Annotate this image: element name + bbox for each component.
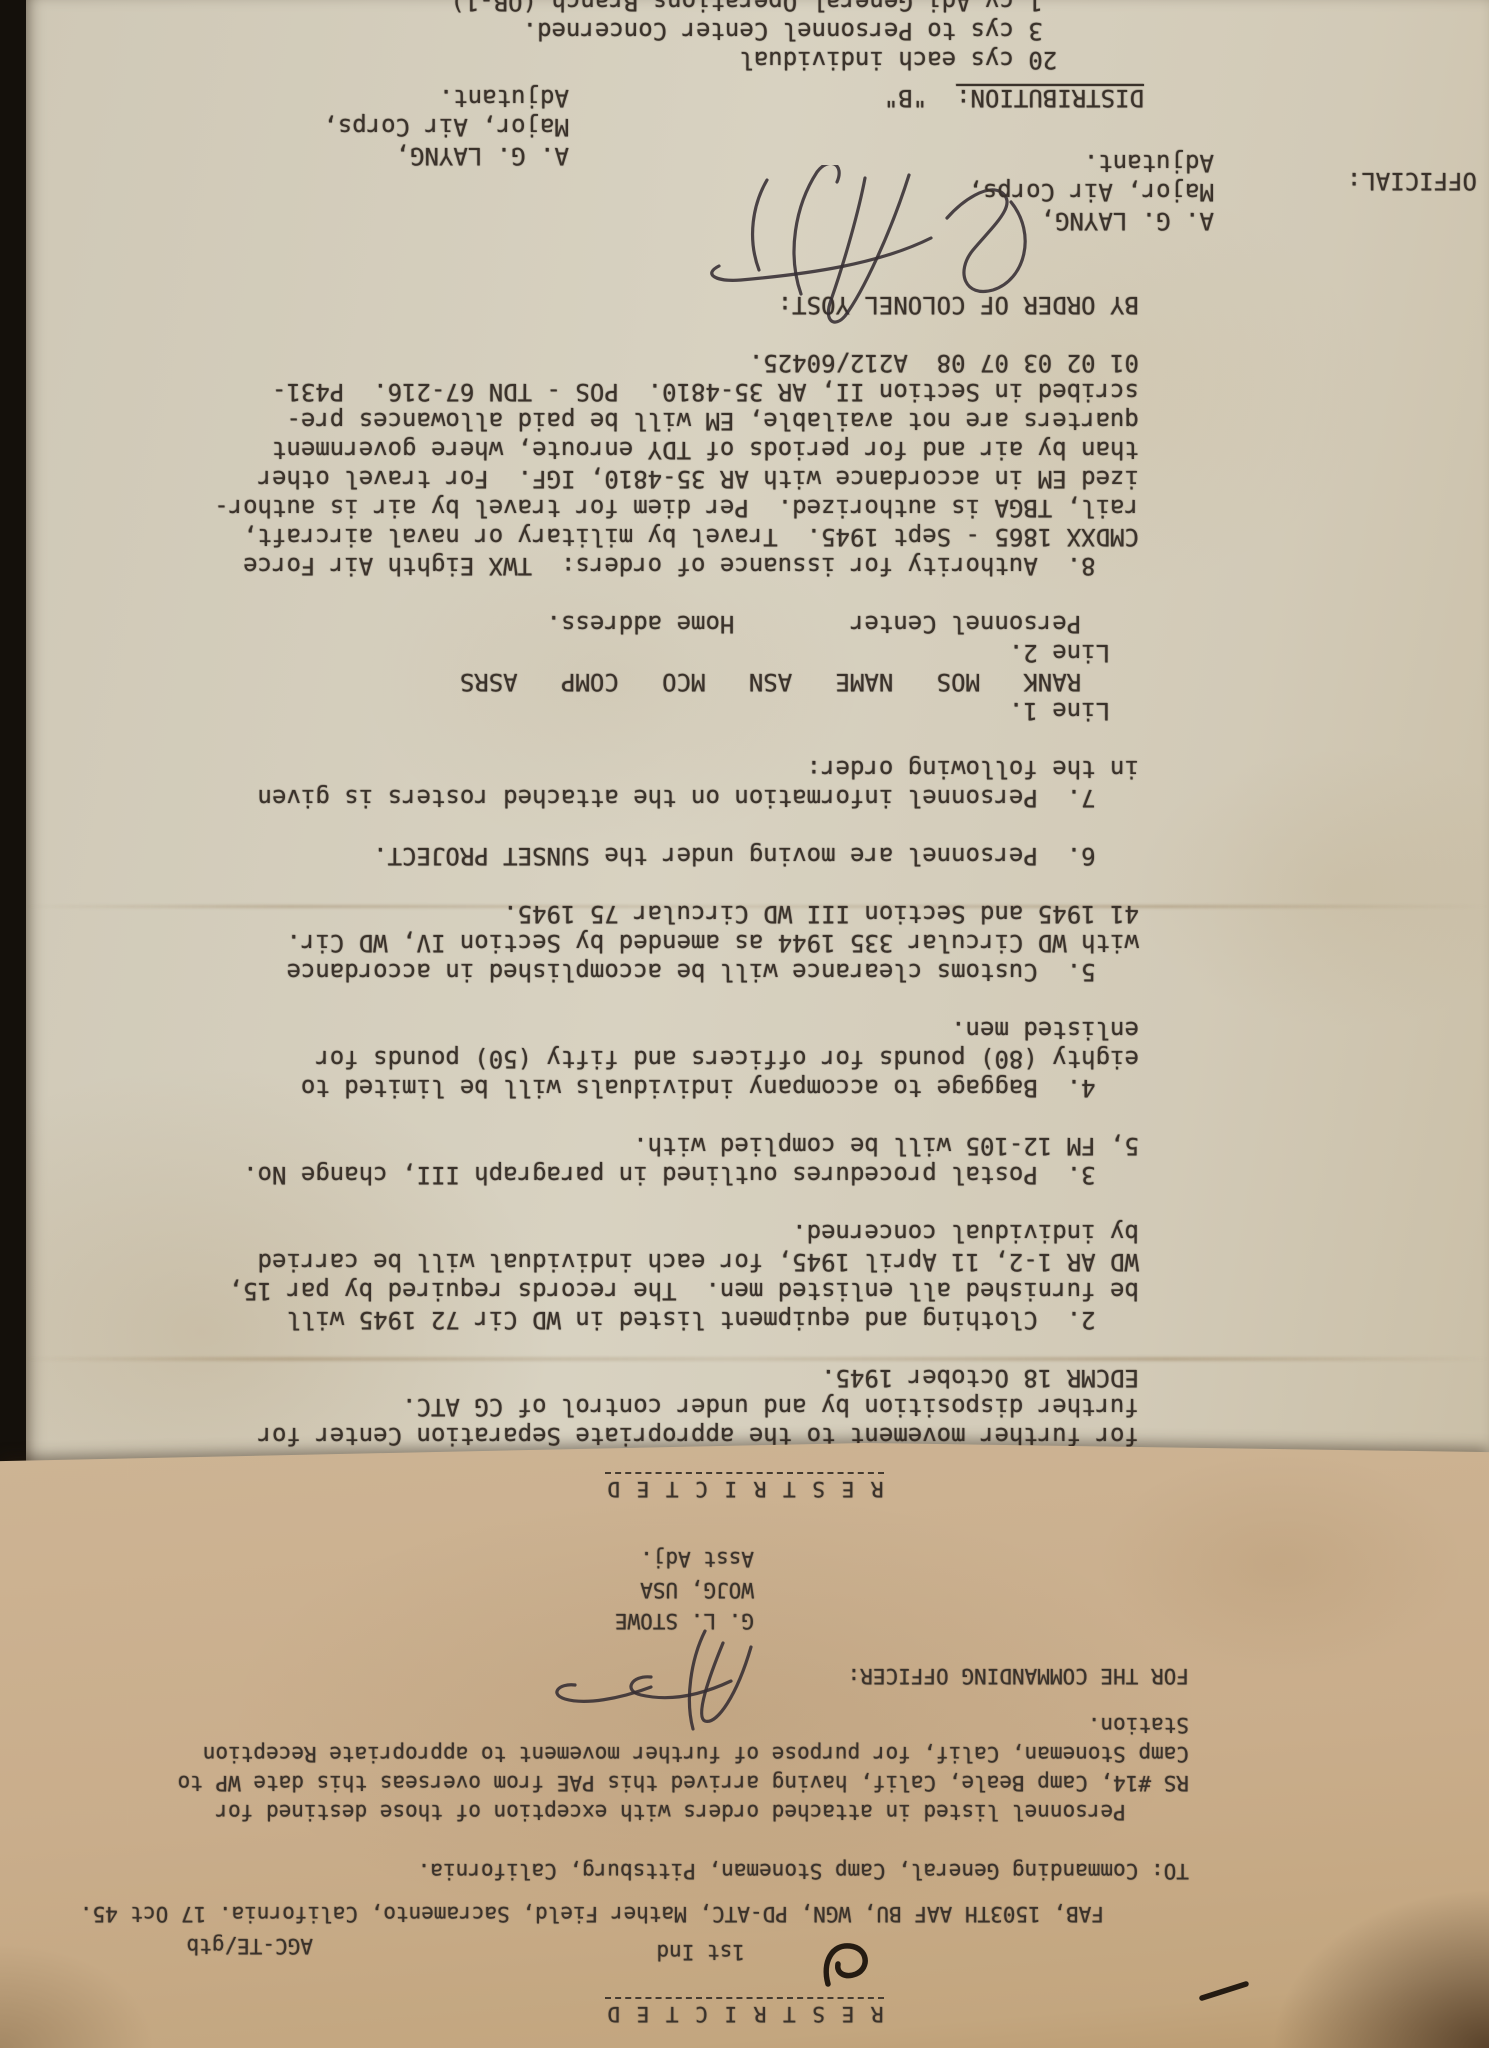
distribution-label: DISTRIBUTION: xyxy=(956,84,1144,112)
white-orders-page: for further movement to the appropriate … xyxy=(26,0,1489,1480)
to-line: TO: Commanding General, Camp Stoneman, P… xyxy=(418,1856,1189,1885)
staple-icon xyxy=(818,1938,888,1993)
indorsement-label: 1st Ind xyxy=(656,1937,745,1966)
distribution-value: "B" xyxy=(884,84,927,112)
signer-block-left: A. G. LAYNG, Major, Air Corps, Adjutant. xyxy=(968,148,1214,235)
for-commanding-officer-line: FOR THE COMMANDING OFFICER: xyxy=(848,1661,1189,1690)
tan-endorsement-page: R E S T R I C T E D 1st Ind AGC-TE/gtb F… xyxy=(0,1443,1489,2048)
official-label: OFFICIAL: xyxy=(1347,166,1477,195)
stowe-signer-block: G. L. STOWE WOJG, USA Asst Adj. xyxy=(615,1543,754,1636)
orders-body-text: for further movement to the appropriate … xyxy=(214,290,1139,1450)
classification-heading: R E S T R I C T E D xyxy=(0,1999,1489,2028)
tan-endorsement-wrap: R E S T R I C T E D 1st Ind AGC-TE/gtb F… xyxy=(0,1443,1489,2048)
signer-block-right: A. G. LAYNG, Major, Air Corps, Adjutant. xyxy=(323,83,569,170)
staple-mark-icon xyxy=(1198,1978,1253,2004)
scanned-document: { "palette": { "scan_background": "#1c15… xyxy=(0,0,1489,2048)
tan-page-rotated-content: R E S T R I C T E D 1st Ind AGC-TE/gtb F… xyxy=(0,1443,1489,2048)
classification-footer: R E S T R I C T E D xyxy=(0,1474,1489,1503)
white-page-rotated-content: for further movement to the appropriate … xyxy=(26,0,1489,1480)
distribution-items: 20 cys each individual 3 cys to Personne… xyxy=(450,0,1144,74)
distribution-line: DISTRIBUTION: "B" xyxy=(884,83,1144,112)
office-symbol: AGC-TE/gtb xyxy=(187,1931,313,1960)
endorsement-heading-line: FAB, 1503TH AAF BU, WGN, PD-ATC, Mather … xyxy=(80,1899,1104,1928)
stowe-handwritten-signature xyxy=(529,1618,789,1743)
